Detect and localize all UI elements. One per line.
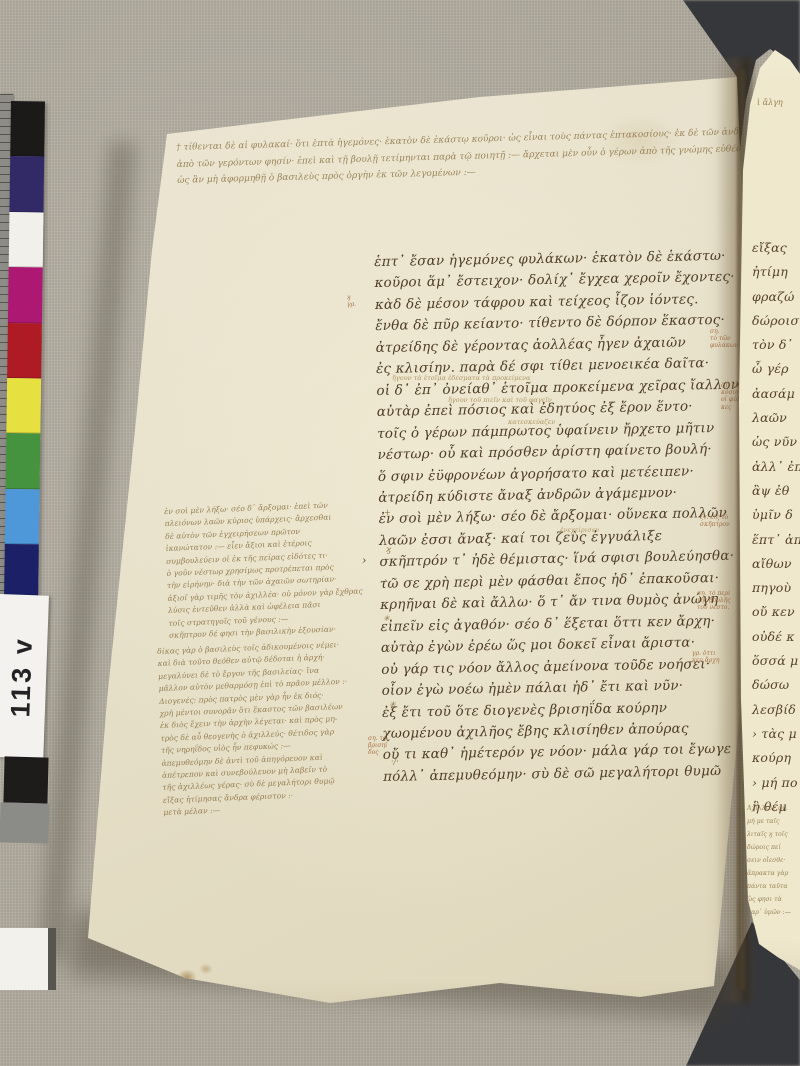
- recto-line-fragment: λαῶν: [752, 406, 800, 430]
- calibration-patches: [4, 101, 45, 600]
- main-text-block: ἑπτ᾽ ἔσαν ἡγεμόνες φυλάκων· ἑκατὸν δὲ ἑκ…: [374, 246, 727, 788]
- manuscript-photo: { "photo": { "backdrop_color": "#b1ab9e"…: [0, 0, 800, 1066]
- recto-line-fragment: τὸν δ᾽: [752, 333, 800, 357]
- recto-scholia-line: ἄπρακτα γὰρ: [747, 867, 791, 880]
- interlinear-gloss: κατεσκεύαζεν: [508, 418, 555, 426]
- folio-label-strip: 113 v: [0, 594, 49, 759]
- collation-mark: ✳: [389, 700, 396, 709]
- folio-label-text: 113 v: [5, 635, 39, 717]
- left-scholia-lower: δίκας γὰρ ὁ βασιλεὺς τοῖς ἀδικουμένοις ν…: [157, 639, 352, 820]
- recto-line-fragment: οὔ κεν: [752, 600, 800, 624]
- calibration-patch: [6, 433, 41, 489]
- recto-header-fragment: ὶ ἄλγη: [757, 98, 783, 107]
- recto-line-fragments: εἴξαςἠτίμηφραζώδώροιστὸν δ᾽ὦ γέρἀασάμλαῶ…: [752, 236, 800, 819]
- calibration-patch: [6, 378, 41, 434]
- recto-line-fragment: ἕπτ᾽ ἀπ: [752, 528, 800, 552]
- recto-line-fragment: εἴξας: [752, 236, 800, 260]
- recto-scholia-line: ὥς φησι τὰ: [747, 893, 791, 906]
- recto-scholia-block: Ἀχιλλεύς φη.μή με ταῖςλιταῖς ϗ τοῖςδώροι…: [747, 802, 791, 919]
- collation-mark: ·/·: [391, 757, 399, 766]
- recto-line-fragment: ὑμῖν δ: [752, 503, 800, 527]
- recto-line-fragment: φραζώ: [752, 285, 800, 309]
- collation-mark: ✳: [383, 614, 390, 623]
- collation-mark: +: [384, 508, 391, 517]
- interlinear-gloss: ἤγουν τοῦ πιεῖν καὶ τοῦ φαγεῖν: [448, 396, 552, 404]
- recto-line-fragment: ἀασάμ: [752, 382, 800, 406]
- recto-line-fragment: κούρη: [752, 746, 800, 770]
- recto-scholia-line: παρ᾽ ὑμῶν :—: [747, 906, 791, 919]
- calibration-gray-patch: [0, 802, 50, 843]
- top-scholia-block: † τίθενται δὲ αἱ φυλακαί· ὅτι ἑπτὰ ἡγεμό…: [176, 125, 717, 190]
- left-scholia-upper: ἐν σοὶ μὲν λήξω· σέο δ᾽ ἄρξομαι· ἐπεὶ τῶ…: [164, 499, 364, 643]
- tiny-note: ϗ γρ.: [347, 294, 371, 308]
- recto-line-fragment: › μή πο: [752, 771, 800, 795]
- recto-line-fragment: ὦ γέρ: [752, 357, 800, 381]
- recto-scholia-line: μή με ταῖς: [747, 815, 791, 828]
- recto-line-fragment: ἠτίμη: [752, 260, 800, 284]
- recto-line-fragment: ὡς νῦν: [752, 430, 800, 454]
- tiny-note: ση. τὸ βρισηΐ δος: [368, 735, 396, 757]
- collation-mark: ϗ: [386, 545, 391, 554]
- collation-mark: ›: [384, 576, 387, 585]
- calibration-patch: [9, 156, 44, 212]
- recto-scholia-line: σειν οἴεσθε·: [747, 854, 791, 867]
- recto-line-fragment: αἴθων: [752, 552, 800, 576]
- recto-scholia-line: δώροις πεί: [747, 841, 791, 854]
- recto-line-fragment: δώροισ: [752, 309, 800, 333]
- diple-mark: ›: [362, 554, 366, 567]
- calibration-patch: [9, 212, 44, 268]
- calibration-patch: [4, 544, 39, 600]
- calibration-patch: [7, 323, 42, 379]
- collation-mark: ⁘: [386, 645, 393, 654]
- recto-line-fragment: δώσω: [752, 673, 800, 697]
- calibration-patch: [8, 267, 43, 323]
- calibration-patch: [5, 489, 40, 545]
- recto-line-fragment: λεσβίδ: [752, 698, 800, 722]
- interlinear-gloss: ἐνεχείρισεν: [560, 526, 599, 534]
- recto-line-fragment: › τὰς μ: [752, 722, 800, 746]
- recto-scholia-line: πάντα ταῦτα: [747, 880, 791, 893]
- recto-line-fragment: οὐδέ κ: [752, 625, 800, 649]
- recto-line-fragment: ἂψ ἐθ: [752, 479, 800, 503]
- recto-line-fragment: ἀλλ᾽ ἐπ: [752, 455, 800, 479]
- calibration-white-card: [0, 928, 56, 990]
- recto-line-fragment: πηγοὺ: [752, 576, 800, 600]
- interlinear-gloss: ἤγουν τὰ ἑτοῖμα ἐδέσματα τὰ προκείμενα: [392, 374, 530, 382]
- recto-scholia-line: Ἀχιλλεύς φη.: [747, 802, 791, 815]
- calibration-patch: [10, 101, 45, 157]
- recto-line-fragment: ὅσσά μ: [752, 649, 800, 673]
- calibration-black-patch: [3, 756, 48, 803]
- recto-scholia-line: λιταῖς ϗ τοῖς: [747, 828, 791, 841]
